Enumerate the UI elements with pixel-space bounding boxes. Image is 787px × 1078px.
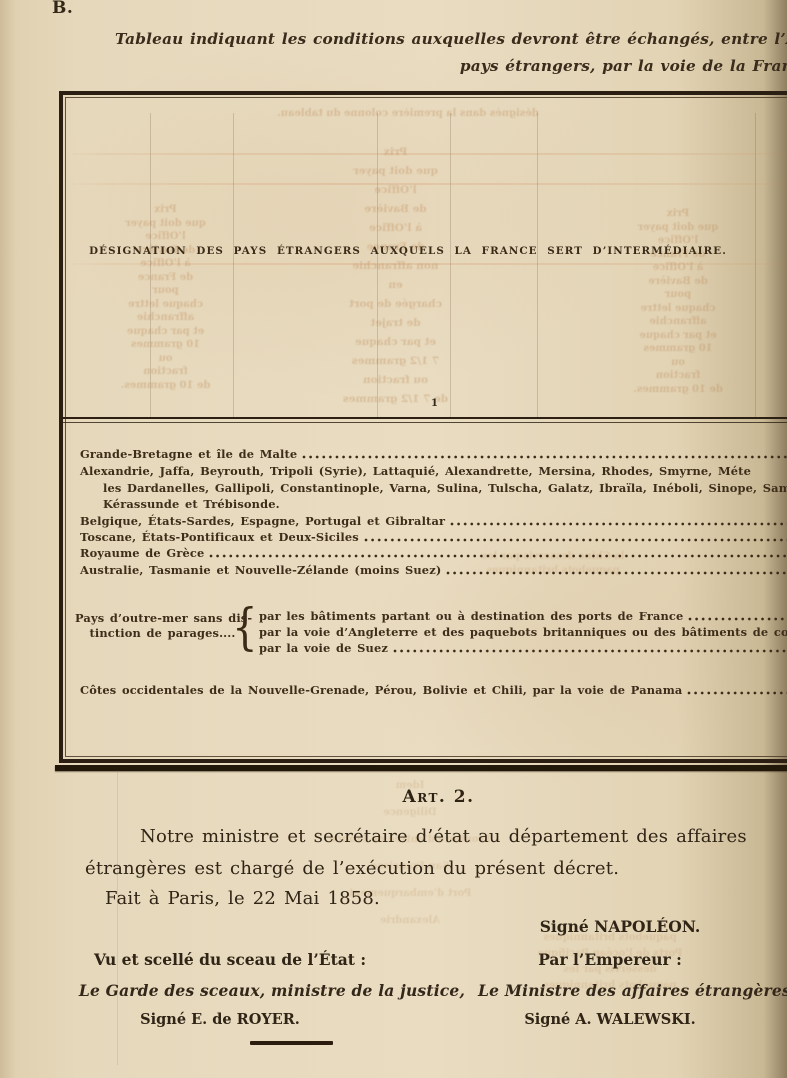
bleedthrough-text: désignés dans la première colonne du tab… bbox=[183, 107, 633, 121]
dotted-leader bbox=[302, 454, 787, 460]
group-option-text: par la voie de Suez bbox=[259, 641, 388, 655]
table-row-text: Toscane, États-Pontificaux et Deux-Sicil… bbox=[80, 530, 359, 544]
dotted-leader bbox=[687, 690, 787, 696]
table-row: Royaume de Grèce bbox=[80, 546, 787, 560]
table-row: Kérassunde et Trébisonde. bbox=[103, 497, 787, 511]
article-dateline: Fait à Paris, le 22 Mai 1858. bbox=[105, 888, 380, 909]
group-option-row: par la voie de Suez bbox=[259, 641, 787, 655]
table-row: les Dardanelles, Gallipoli, Constantinop… bbox=[103, 481, 787, 495]
table-column-divider bbox=[150, 113, 151, 419]
table-row: Alexandrie, Jaffa, Beyrouth, Tripoli (Sy… bbox=[80, 464, 787, 478]
dotted-leader bbox=[393, 648, 787, 654]
table-row: Grande-Bretagne et île de Malte bbox=[80, 447, 787, 461]
table-row: Côtes occidentales de la Nouvelle-Grenad… bbox=[80, 683, 787, 697]
conditions-table: désignés dans la première colonne du tab… bbox=[59, 91, 787, 763]
table-column-divider bbox=[537, 113, 538, 419]
article-heading: Art. 2. bbox=[90, 787, 787, 807]
left-signature: Signé E. de ROYER. bbox=[90, 1011, 350, 1028]
table-column-divider bbox=[377, 113, 378, 419]
scanned-document-page: B. Tableau indiquant les conditions auxq… bbox=[0, 0, 787, 1078]
table-row-text: Alexandrie, Jaffa, Beyrouth, Tripoli (Sy… bbox=[80, 464, 751, 478]
table-row-text: les Dardanelles, Gallipoli, Constantinop… bbox=[103, 481, 787, 495]
dotted-leader bbox=[688, 616, 787, 622]
table-row: Australie, Tasmanie et Nouvelle-Zélande … bbox=[80, 563, 787, 577]
paper-stain-line bbox=[71, 153, 787, 155]
right-signature: Signé A. WALEWSKI. bbox=[510, 1011, 710, 1028]
table-row-text: Côtes occidentales de la Nouvelle-Grenad… bbox=[80, 683, 682, 697]
imperial-signature: Signé NAPOLÉON. bbox=[520, 917, 720, 936]
table-header-title: DÉSIGNATION DES PAYS ÉTRANGERS AUXQUELS … bbox=[78, 245, 738, 257]
dotted-leader bbox=[364, 537, 787, 543]
dotted-leader bbox=[446, 570, 787, 576]
group-option-row: par les bâtiments partant ou à destinati… bbox=[259, 609, 787, 623]
table-row-text: Australie, Tasmanie et Nouvelle-Zélande … bbox=[80, 563, 441, 577]
article-body-line2: étrangères est chargé de l’exécution du … bbox=[85, 858, 619, 879]
table-footnote-number: 1 bbox=[431, 398, 438, 409]
dotted-leader bbox=[450, 521, 787, 527]
table-column-divider bbox=[233, 113, 234, 419]
end-rule bbox=[250, 1041, 333, 1045]
dotted-leader bbox=[209, 553, 787, 559]
table-header-separator bbox=[63, 417, 787, 423]
table-row-text: Kérassunde et Trébisonde. bbox=[103, 497, 280, 511]
paper-stain-line bbox=[71, 263, 787, 265]
table-column-divider bbox=[450, 113, 451, 419]
document-title-line2: pays étrangers, par la voie de la Fran bbox=[115, 53, 787, 80]
table-row-text: Belgique, États-Sardes, Espagne, Portuga… bbox=[80, 514, 445, 528]
table-row: Belgique, États-Sardes, Espagne, Portuga… bbox=[80, 514, 787, 528]
group-label-line1: Pays d’outre-mer sans dis- bbox=[75, 611, 252, 625]
table-row-text: Royaume de Grèce bbox=[80, 546, 204, 560]
group-row-label: tinction de parages.... bbox=[75, 626, 250, 640]
right-role-title: Le Ministre des affaires étrangères, bbox=[478, 981, 763, 1000]
group-option-text: par les bâtiments partant ou à destinati… bbox=[259, 609, 683, 623]
paper-stain-line bbox=[71, 183, 787, 185]
table-row-text: Grande-Bretagne et île de Malte bbox=[80, 447, 297, 461]
table-bottom-rule bbox=[55, 765, 787, 771]
group-option-row: par la voie d’Angleterre et des paquebot… bbox=[259, 625, 787, 639]
table-column-divider bbox=[755, 113, 756, 419]
document-title: Tableau indiquant les conditions auxquel… bbox=[115, 26, 787, 80]
group-option-text: par la voie d’Angleterre et des paquebot… bbox=[259, 625, 787, 639]
left-role-title: Le Garde des sceaux, ministre de la just… bbox=[72, 981, 472, 1000]
document-title-line1: Tableau indiquant les conditions auxquel… bbox=[115, 26, 787, 53]
left-attestation: Vu et scellé du sceau de l’État : bbox=[90, 950, 370, 969]
article-body-line1: Notre ministre et secrétaire d’état au d… bbox=[140, 826, 747, 847]
table-row: Toscane, États-Pontificaux et Deux-Sicil… bbox=[80, 530, 787, 544]
group-brace: { bbox=[232, 601, 257, 653]
page-corner-label: B. bbox=[52, 0, 73, 18]
right-attestation: Par l’Empereur : bbox=[520, 950, 700, 969]
group-label-line2: tinction de parages.... bbox=[89, 626, 235, 640]
bleedthrough-text: Prix que doit payer l’Office de France à… bbox=[558, 207, 787, 396]
